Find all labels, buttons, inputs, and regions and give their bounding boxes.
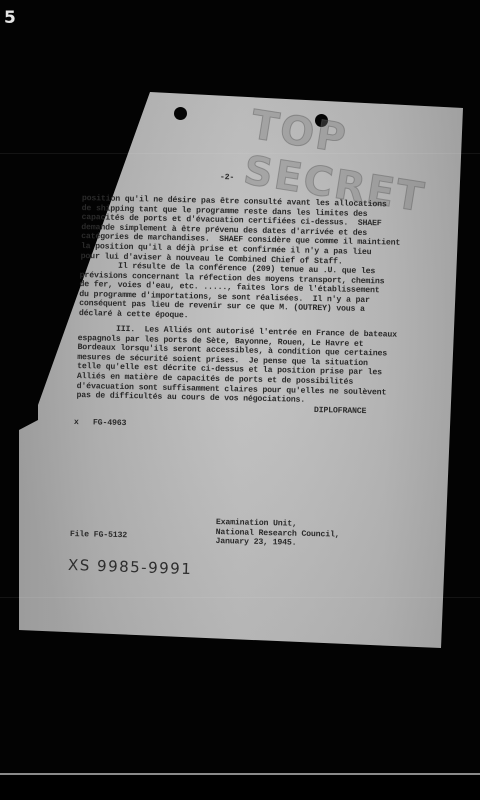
paragraph-3: III. Les Alliés ont autorisé l'entrée en… [76, 324, 397, 407]
reference-number: x FG-4963 [74, 418, 127, 429]
punch-hole-left [174, 107, 187, 120]
examination-unit-block: Examination Unit,National Research Counc… [215, 518, 339, 549]
scan-artifact-line [0, 153, 480, 154]
paragraph-1: position qu'il ne désire pas être consul… [81, 194, 401, 268]
film-bottom [0, 775, 480, 800]
paragraph-2: Il résulte de la conférence (209) tenue … [79, 261, 385, 325]
file-reference: File FG-5132 [70, 530, 127, 541]
page-number: -2- [220, 173, 234, 183]
signature: DIPLOFRANCE [314, 406, 367, 417]
scan-artifact-line [0, 597, 480, 598]
document-page: TOP SECRET -2- position qu'il ne désire … [0, 0, 480, 800]
